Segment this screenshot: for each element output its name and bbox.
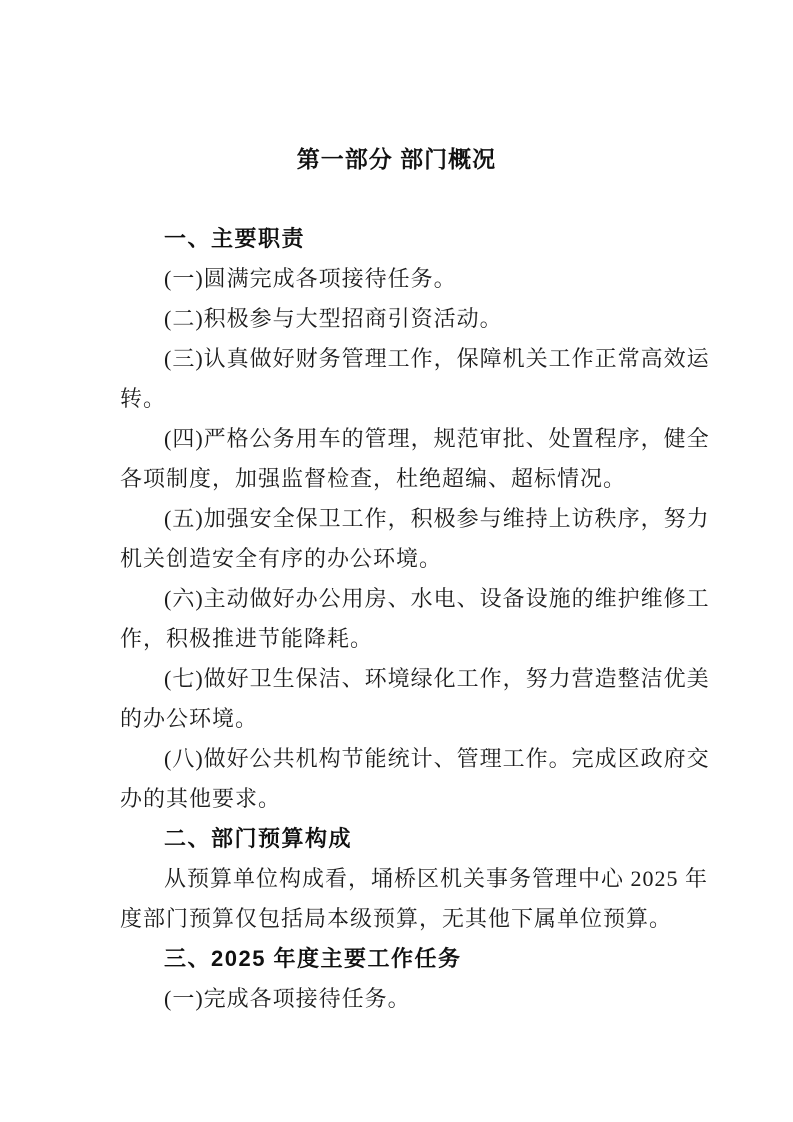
paragraph-line: (八)做好公共机构节能统计、管理工作。完成区政府交 [120,739,736,779]
document-body: 一、主要职责(一)圆满完成各项接待任务。(二)积极参与大型招商引资活动。(三)认… [120,219,736,1019]
duty-item-4: (四)严格公务用车的管理，规范审批、处置程序，健全各项制度，加强监督检查，杜绝超… [120,419,736,499]
duty-item-2: (二)积极参与大型招商引资活动。 [120,299,736,339]
task-item-1: (一)完成各项接待任务。 [120,979,736,1019]
section-heading-1: 一、主要职责 [120,219,736,259]
section-heading-3: 三、2025 年度主要工作任务 [120,939,736,979]
paragraph-line: (四)严格公务用车的管理，规范审批、处置程序，健全 [120,419,736,459]
document-title: 第一部分 部门概况 [0,139,793,179]
heading-line: 二、部门预算构成 [120,819,736,859]
paragraph-line: 的办公环境。 [120,699,736,739]
paragraph-line: (二)积极参与大型招商引资活动。 [120,299,736,339]
paragraph-line: 度部门预算仅包括局本级预算，无其他下属单位预算。 [120,899,736,939]
heading-line: 三、2025 年度主要工作任务 [120,939,736,979]
paragraph-line: 作，积极推进节能降耗。 [120,619,736,659]
heading-line: 一、主要职责 [120,219,736,259]
paragraph-line: 机关创造安全有序的办公环境。 [120,539,736,579]
paragraph-line: (一)完成各项接待任务。 [120,979,736,1019]
paragraph-line: 转。 [120,379,736,419]
paragraph-line: 从预算单位构成看，埇桥区机关事务管理中心 2025 年 [120,859,736,899]
section-heading-2: 二、部门预算构成 [120,819,736,859]
paragraph-line: (一)圆满完成各项接待任务。 [120,259,736,299]
duty-item-7: (七)做好卫生保洁、环境绿化工作，努力营造整洁优美的办公环境。 [120,659,736,739]
paragraph-line: (五)加强安全保卫工作，积极参与维持上访秩序，努力 [120,499,736,539]
paragraph-line: (三)认真做好财务管理工作，保障机关工作正常高效运 [120,339,736,379]
paragraph-line: (六)主动做好办公用房、水电、设备设施的维护维修工 [120,579,736,619]
document-page: 第一部分 部门概况 一、主要职责(一)圆满完成各项接待任务。(二)积极参与大型招… [0,0,793,1122]
duty-item-6: (六)主动做好办公用房、水电、设备设施的维护维修工作，积极推进节能降耗。 [120,579,736,659]
duty-item-5: (五)加强安全保卫工作，积极参与维持上访秩序，努力机关创造安全有序的办公环境。 [120,499,736,579]
budget-composition-paragraph: 从预算单位构成看，埇桥区机关事务管理中心 2025 年度部门预算仅包括局本级预算… [120,859,736,939]
duty-item-8: (八)做好公共机构节能统计、管理工作。完成区政府交办的其他要求。 [120,739,736,819]
paragraph-line: (七)做好卫生保洁、环境绿化工作，努力营造整洁优美 [120,659,736,699]
paragraph-line: 各项制度，加强监督检查，杜绝超编、超标情况。 [120,459,736,499]
paragraph-line: 办的其他要求。 [120,779,736,819]
duty-item-1: (一)圆满完成各项接待任务。 [120,259,736,299]
duty-item-3: (三)认真做好财务管理工作，保障机关工作正常高效运转。 [120,339,736,419]
